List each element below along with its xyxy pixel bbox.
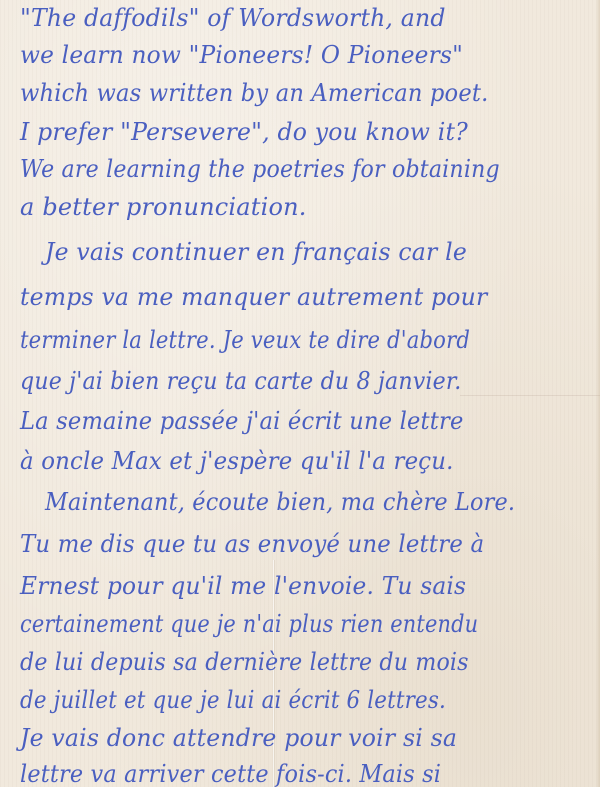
letter-line: I prefer "Persevere", do you know it? xyxy=(20,118,468,146)
letter-line: We are learning the poetries for obtaini… xyxy=(20,155,500,183)
letter-line: Ernest pour qu'il me l'envoie. Tu sais xyxy=(20,572,466,600)
letter-line: which was written by an American poet. xyxy=(20,79,488,107)
letter-line: de juillet et que je lui ai écrit 6 lett… xyxy=(20,686,446,714)
letter-line: Maintenant, écoute bien, ma chère Lore. xyxy=(45,488,515,516)
letter-line: a better pronunciation. xyxy=(20,193,307,221)
paper-edge xyxy=(596,0,600,787)
letter-line: terminer la lettre. Je veux te dire d'ab… xyxy=(20,326,470,354)
letter-line: lettre va arriver cette fois-ci. Mais si xyxy=(20,760,441,787)
letter-line: Je vais donc attendre pour voir si sa xyxy=(20,724,457,752)
letter-line: temps va me manquer autrement pour xyxy=(20,283,487,311)
letter-line: Tu me dis que tu as envoyé une lettre à xyxy=(20,530,484,558)
letter-line: La semaine passée j'ai écrit une lettre xyxy=(20,407,464,435)
paper-fold-horizontal xyxy=(460,395,600,396)
letter-line: Je vais continuer en français car le xyxy=(45,238,467,266)
letter-line: we learn now "Pioneers! O Pioneers" xyxy=(20,41,463,69)
letter-line: à oncle Max et j'espère qu'il l'a reçu. xyxy=(20,447,454,475)
letter-page: "The daffodils" of Wordsworth, and we le… xyxy=(0,0,600,787)
letter-line: "The daffodils" of Wordsworth, and xyxy=(20,4,446,32)
letter-line: que j'ai bien reçu ta carte du 8 janvier… xyxy=(20,367,461,395)
letter-line: de lui depuis sa dernière lettre du mois xyxy=(20,648,469,676)
letter-line: certainement que je n'ai plus rien enten… xyxy=(20,610,478,638)
